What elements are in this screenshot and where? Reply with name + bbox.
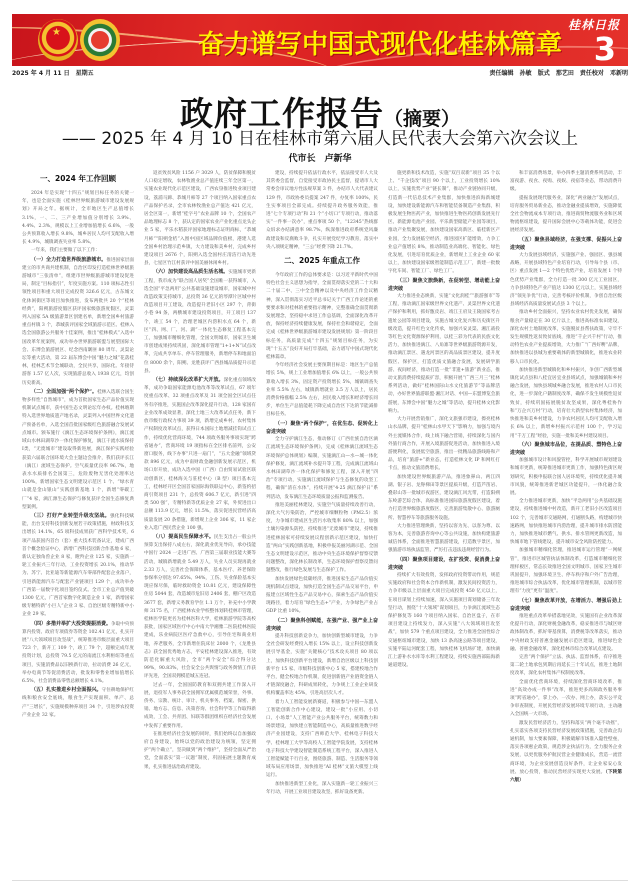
subsection-heading: （七）持续深化改革扩大开放。 xyxy=(153,377,224,383)
subsection-heading: （一）全力打造世界级旅游城市。 xyxy=(31,257,106,263)
section-heading: 二、2025 年重点工作 xyxy=(266,254,378,268)
subsection-paragraph: （二）全面加强“两个保护”。桂林入选联合国生物多样性“自然城市”，成为首批国家生… xyxy=(22,388,134,512)
column-3: 建设，持续提升依法行政水平，依法接受市人大及其常委会监督，自觉接受市政协民主监督… xyxy=(266,170,378,876)
paragraph: 大力推进业态焕新，实施“文化润桂”“旅游强市”等工程，推动漓江国家级世界文化遗产… xyxy=(388,293,500,416)
paragraph: 今年政府工作的总体要求是：以习近平新时代中国特色社会主义思想为指导，全面贯彻落实… xyxy=(266,272,378,362)
paragraph: 加强城市精细化管理，推进城市运行管理“一网统管”，推进市区城管执法体制改革，打造… xyxy=(510,547,622,596)
page-footer-rule xyxy=(12,880,628,881)
subsection-paragraph: （四）聚焦项目建设，在扩投资、促消费上奋进突破 xyxy=(388,556,500,572)
paragraph: 一年来，我们主要做了以下工作： xyxy=(22,247,134,255)
editor-credits: 责任编辑 孙敏 版式 那艺田 责任校对 邓新明 xyxy=(490,68,628,77)
paragraph: 建设，持续提升依法行政水平，依法接受市人大及其常委会监督，自觉接受市政协民主监督… xyxy=(266,170,378,252)
paragraph: 大力发展县域经济，实施强产业、强园区、强县城战略，开展县域特色产业培育行动，引导… xyxy=(510,252,622,309)
subsection-paragraph: （三）打好产业转型升级攻坚战。强化科技赋能，出台支持科技创新发展若干政策措施，财… xyxy=(22,512,134,620)
subsection-paragraph: （二）聚焦科创赋能，在强产业、强产业上奋进突破 xyxy=(266,617,378,633)
section-heading: 一、2024 年工作回顾 xyxy=(22,172,134,186)
paragraph: 全力守护漓江生态，推动修订《广西壮族自治区漓江流域生态环境保护条例》，完成《桂林… xyxy=(266,436,378,502)
subsection-paragraph: （五）聚焦县域经济，在强支撑、促振兴上奋进突破 xyxy=(510,236,622,252)
column-2: 返贫致贫风险 1156 户 3029 人，防贫保障和脱贫人口稳定增收，农林牧渔业… xyxy=(144,170,256,876)
page-number: 3 xyxy=(594,30,616,66)
paragraph: 推进美丽桂林建设，实施空气质量持续改善行动，深化大气污染防治，严控城市细颗粒物（… xyxy=(266,502,378,576)
issue-date: 2025 年 4 月 11 日 星期五 xyxy=(12,68,94,77)
paragraph: 完善“两个保护”立法、执法、监督体系，有序推进第二轮土地承包到期后再延长三十年试… xyxy=(510,654,622,679)
paragraph: 全力推进城市更新，加快“平急两用”公共基础设施建设，持续推进城中村改造，新开工老… xyxy=(510,498,622,547)
article-subtitle: —— 2025 年 4 月 10 日在桂林市第六届人民代表大会第六次会议上 xyxy=(0,124,640,149)
paragraph: 2024 年是实现“十四五”规划目标任务的关键一年，也是全面实施《桂林世界级旅游… xyxy=(22,190,134,247)
subsection-paragraph: （六）加快建设高品质生活名城。实施城市更新工程，我市成为“联合国人居奖”全国唯一… xyxy=(144,268,256,376)
paragraph: 加强城市设计和风貌管控，科学开展城市规划建设和城市更新，统筹推进城市更新工作，加… xyxy=(510,457,622,498)
paragraph: 在推进经济社会发展的同时，我们始终以自加强政府自身建设，始终以党的政治建设为统领… xyxy=(144,731,256,772)
subsection-paragraph: （七）聚焦改革开放，在增活力、增强后劲上奋进突破 xyxy=(510,597,622,613)
paragraph: 全面优化营商环境，持续深化营商环境改革，推进“高效办成一件事”改革，推进更多高频… xyxy=(510,679,622,720)
subsection-paragraph: （一）聚焦“两个保护”，在优生态、促转化上奋进突破 xyxy=(266,420,378,436)
paragraph-text: 桂林入选联合国生物多样性“自然城市”，成为首批国家生态产品价值实现机制试点城市，… xyxy=(22,390,134,510)
paragraph: 加快推进新型工业化，深入实施新一轮工业振兴三年行动，开展工业项目建设攻坚，抓好设… xyxy=(266,781,378,797)
national-emblem-icon: ★ xyxy=(38,19,78,61)
paragraph-text: 民生支出占一般公共预算支出保持八成左右，深化就业优先导向，承办技能中国行 202… xyxy=(144,535,256,679)
paragraph: 推动乡村全面振兴，坚持农业农村优先发展，确保粮食产量稳定在 30 亿斤以上，推进… xyxy=(510,309,622,366)
paragraph: 推进重点改革举措落地见效，实施国有企业改革深化提升行动，深化财税金融改革，稳妥推… xyxy=(510,613,622,654)
subsection-heading: （八）提高民生保障水平。 xyxy=(153,534,214,540)
banner-slogan: 奋力谱写中国式现代化桂林篇章 xyxy=(198,24,562,61)
paragraph: 加快发展绿色低碳经济，推进国家生态产品价值实现机制试点建设，加快打造全国生态产品… xyxy=(266,576,378,617)
paragraph: 今年经济社会发展主要预期目标是：地区生产总值增长 5%，规上工业增加值增长 6%… xyxy=(266,362,378,419)
subsection-heading: （四）多措并举扩大投资提振消费。 xyxy=(31,621,111,627)
paragraph: 过去一年，全国国防教育和双拥共建工作深入开展，退役军人事务获全国拥军优属模范城荣… xyxy=(144,682,256,731)
paragraph: 加快建设世界级旅游产品，推进象鼻山、两江四湖、银子岩、龙脊梯田等景区提质升级，打… xyxy=(388,474,500,523)
continued-note: （下转第六版） xyxy=(510,770,622,783)
cppcc-emblem-icon xyxy=(80,19,120,61)
column-4: 施更新和技术改造，实施“双百双新”项目 35 个以上、“千企技改”项目 90 个… xyxy=(388,170,500,876)
subsection-heading: （三）打好产业转型升级攻坚战。 xyxy=(31,513,110,519)
subsection-heading: （二）全面加强“两个保护”。 xyxy=(31,389,97,395)
paragraph-text: 深化重点领域改革，成功争取国家能源电池改革等改革试点，67 项年度重点改革、32… xyxy=(144,378,256,531)
subsection-heading: （二）聚焦科创赋能，在强产业、强产业上奋进突破 xyxy=(266,618,378,632)
subsection-heading: （三）聚焦文旅焕新，在促转型、增动能上奋进突破 xyxy=(388,278,500,292)
subsection-paragraph: （五）扎实推进乡村全面振兴。守住耕地保护红线和粮食安全底线，粮食生产实现面积、单… xyxy=(22,686,134,720)
column-5: 和丰富消费场景，举办四季主题消费系列活动，丰富夜游、夜食、夜购、夜娱、夜宿等业态… xyxy=(510,170,622,876)
subsection-heading: （六）聚焦城市品位，在提品质、塑特色上奋进突破 xyxy=(510,442,622,456)
paragraph-text: 实施城市更新工程，我市成为“联合国人居奖”全国唯一获得城市，入选全国“平急两用”… xyxy=(144,270,256,373)
paragraph: 返贫致贫风险 1156 户 3029 人，防贫保障和脱贫人口稳定增收，农林牧渔业… xyxy=(144,170,256,268)
subsection-paragraph: （七）持续深化改革扩大开放。深化重点领域改革，成功争取国家能源电池改革等改革试点… xyxy=(144,376,256,533)
paragraph: 大力开展营销推广，深化文旅强市建设，擦亮桂林山水品牌，提升“桂林山水甲天下”影响… xyxy=(388,416,500,473)
paragraph: 激发民营经济活力，坚持和落实“两个毫不动摇”，扎实落实各项支持民营经济发展政策措… xyxy=(510,720,622,786)
subsection-paragraph: （三）聚焦文旅焕新，在促转型、增动能上奋进突破 xyxy=(388,277,500,293)
paragraph: 施更新和技术改造，实施“双百双新”项目 35 个以上、“千企技改”项目 90 个… xyxy=(388,170,500,277)
subsection-heading: （一）聚焦“两个保护”，在优生态、促转化上奋进突破 xyxy=(266,421,378,435)
subsection-paragraph: （八）提高民生保障水平。民生支出占一般公共预算支出保持八成左右，深化就业优先导向… xyxy=(144,533,256,682)
paragraph: 加快推进新型城镇化和乡村振兴，争创广西新型城镇化试点县和八桂宜居宜业县域试点，加… xyxy=(510,367,622,441)
article-byline: 代市长 卢新华 xyxy=(0,151,640,164)
subsection-heading: （七）聚焦改革开放，在增活力、增强后劲上奋进突破 xyxy=(510,598,622,612)
subsection-heading: （四）聚焦项目建设，在扩投资、促消费上奋进突破 xyxy=(388,557,500,571)
paragraph: 着力人工智能发展新赛道，积极参与中国—东盟人工智能创新合作中心建设，建设一批“小… xyxy=(266,699,378,781)
article-body: 一、2024 年工作回顾2024 年是实现“十四五”规划目标任务的关键一年，也是… xyxy=(22,170,622,876)
paragraph-text: 强化科技赋能，出台支持科技创新发展若干政策措施，财政科技支出增长 14.1%，6… xyxy=(22,514,134,617)
subsection-heading: （六）加快建设高品质生活名城。 xyxy=(153,269,228,275)
subsection-paragraph: （一）全力打造世界级旅游城市。推进国家层面建立的市共商共建机制，自治区印发打造桂… xyxy=(22,256,134,388)
subsection-heading: （五）扎实推进乡村全面振兴。 xyxy=(31,687,102,693)
paragraph: 和丰富消费场景，举办四季主题消费系列活动，丰富夜游、夜食、夜购、夜娱、夜宿等业态… xyxy=(510,170,622,195)
paragraph-text: 争取中央预算内投资、政府专项债券等资金 102.41 亿元，扎实开展“八大领域项… xyxy=(22,622,134,684)
column-1: 一、2024 年工作回顾2024 年是实现“十四五”规划目标任务的关键一年，也是… xyxy=(22,170,134,876)
paragraph-text: 推进国家层面建立的市共商共建机制，自治区印发打造桂林世界级旅游城市“三张清单”，… xyxy=(22,258,134,386)
paragraph: 提升科技创新竞争力，加快创新型城市建设，力争全社会研发经费投入增长 15% 以上… xyxy=(266,633,378,699)
paragraph: 大力推进管理焕新，坚持以客为先、以客为尊、以客为本，完善旅游咨询中心等公共设施，… xyxy=(388,523,500,556)
subsection-paragraph: （四）多措并举扩大投资提振消费。争取中央预算内投资、政府专项债券等资金 102.… xyxy=(22,620,134,687)
subsection-paragraph: （六）聚焦城市品位，在提品质、塑特色上奋进突破 xyxy=(510,441,622,457)
paragraph: 提振发展现代服务业，深化“两业融合”发展试点，培育服务贸易新业态，推动金融业提质… xyxy=(510,195,622,236)
subsection-heading: （五）聚焦县域经济，在强支撑、促振兴上奋进突破 xyxy=(510,237,622,251)
paragraph: 持续扩大有效投资，发挥政府投资带动作用，规范实施政府和社会资本合作新机制，激发民… xyxy=(388,572,500,670)
masthead-banner: ★ 奋力谱写中国式现代化桂林篇章 桂林日报 3 xyxy=(12,14,628,66)
